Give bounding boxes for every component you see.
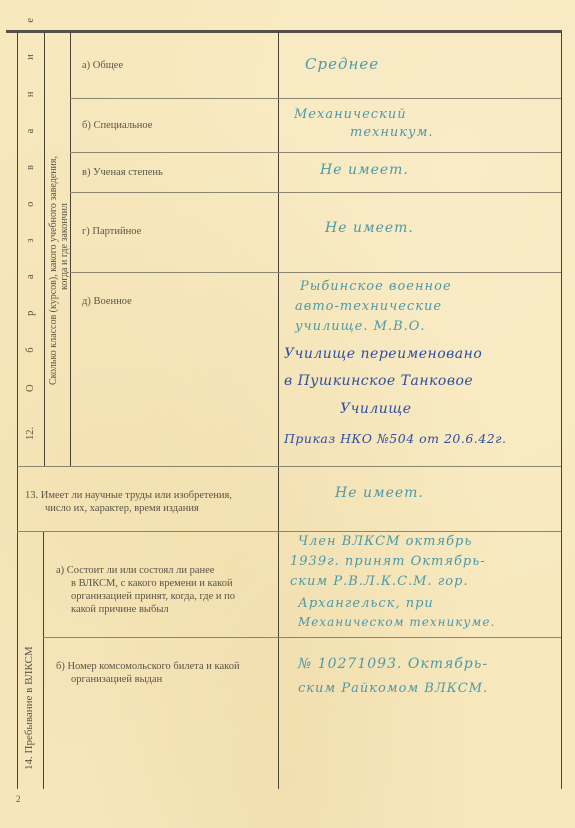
komsomol-membership-label-3: организацией принят, когда, где и по [71, 590, 235, 603]
academic-degree-label: в) Ученая степень [82, 166, 163, 179]
komsomol-membership-label-1: а) Состоит ли или состоял ли ранее [56, 564, 214, 577]
komsomol-membership-label-4: какой причине выбыл [71, 603, 169, 616]
row-divider [70, 192, 561, 193]
education-special-answer-1: Механический [294, 106, 407, 123]
section13-label-1: 13. Имеет ли научные труды или изобретен… [25, 489, 232, 502]
komsomol-membership-answer-2: 1939г. принят Октябрь- [290, 553, 486, 570]
section14-title: 14. Пребывание в ВЛКСМ [23, 646, 35, 770]
sec14-col-divider [43, 531, 44, 789]
komsomol-card-label-2: организацией выдан [71, 673, 162, 686]
left-border [17, 32, 18, 789]
military-note-4: Приказ НКО №504 от 20.6.42г. [284, 428, 506, 450]
page-number: 2 [16, 794, 21, 804]
education-special-label: б) Специальное [82, 119, 152, 132]
section12-subtitle-2: когда и где закончил [59, 203, 70, 290]
military-note-1: Училище переименовано [284, 343, 482, 365]
military-education-answer-2: авто-технические [295, 298, 442, 315]
top-border [6, 30, 562, 33]
row-divider [70, 272, 561, 273]
komsomol-membership-answer-5: Механическом техникуме. [298, 614, 495, 631]
party-education-answer: Не имеет. [325, 220, 414, 237]
komsomol-membership-answer-3: ским Р.В.Л.К.С.М. гор. [290, 573, 469, 590]
komsomol-membership-answer-1: Член ВЛКСМ октябрь [298, 533, 472, 550]
section-divider [17, 466, 561, 467]
education-general-answer: Среднее [305, 56, 379, 73]
questionnaire-page: 12. О б р а з о в а н и е Сколько классо… [0, 0, 575, 828]
section13-label-2: число их, характер, время издания [45, 502, 199, 515]
sec12-col-divider-1 [44, 32, 45, 466]
komsomol-card-answer-1: № 10271093. Октябрь- [298, 656, 488, 673]
row-divider [43, 637, 561, 638]
komsomol-membership-answer-4: Архангельск, при [298, 595, 434, 612]
section-divider [17, 531, 561, 532]
party-education-label: г) Партийное [82, 225, 141, 238]
section12-title: О б р а з о в а н и е [25, 4, 36, 393]
row-divider [70, 98, 561, 99]
military-note-3: Училище [340, 398, 412, 420]
komsomol-membership-label-2: в ВЛКСМ, с какого времени и какой [71, 577, 233, 590]
military-education-answer-1: Рыбинское военное [300, 278, 452, 295]
right-border [561, 32, 562, 789]
education-special-answer-2: техникум. [350, 124, 434, 141]
military-note-2: в Пушкинское Танковое [284, 370, 473, 392]
section12-number: 12. [25, 427, 36, 440]
row-divider [70, 152, 561, 153]
section13-answer: Не имеет. [335, 485, 424, 502]
komsomol-card-label-1: б) Номер комсомольского билета и какой [56, 660, 240, 673]
military-education-label: д) Военное [82, 295, 132, 308]
military-education-answer-3: училище. М.В.О. [295, 318, 426, 335]
education-general-label: а) Общее [82, 59, 123, 72]
komsomol-card-answer-2: ским Райкомом ВЛКСМ. [298, 680, 488, 697]
section12-subtitle-1: Сколько классов (курсов), какого учебног… [48, 156, 59, 385]
academic-degree-answer: Не имеет. [320, 162, 409, 179]
answer-col-divider [278, 32, 279, 789]
